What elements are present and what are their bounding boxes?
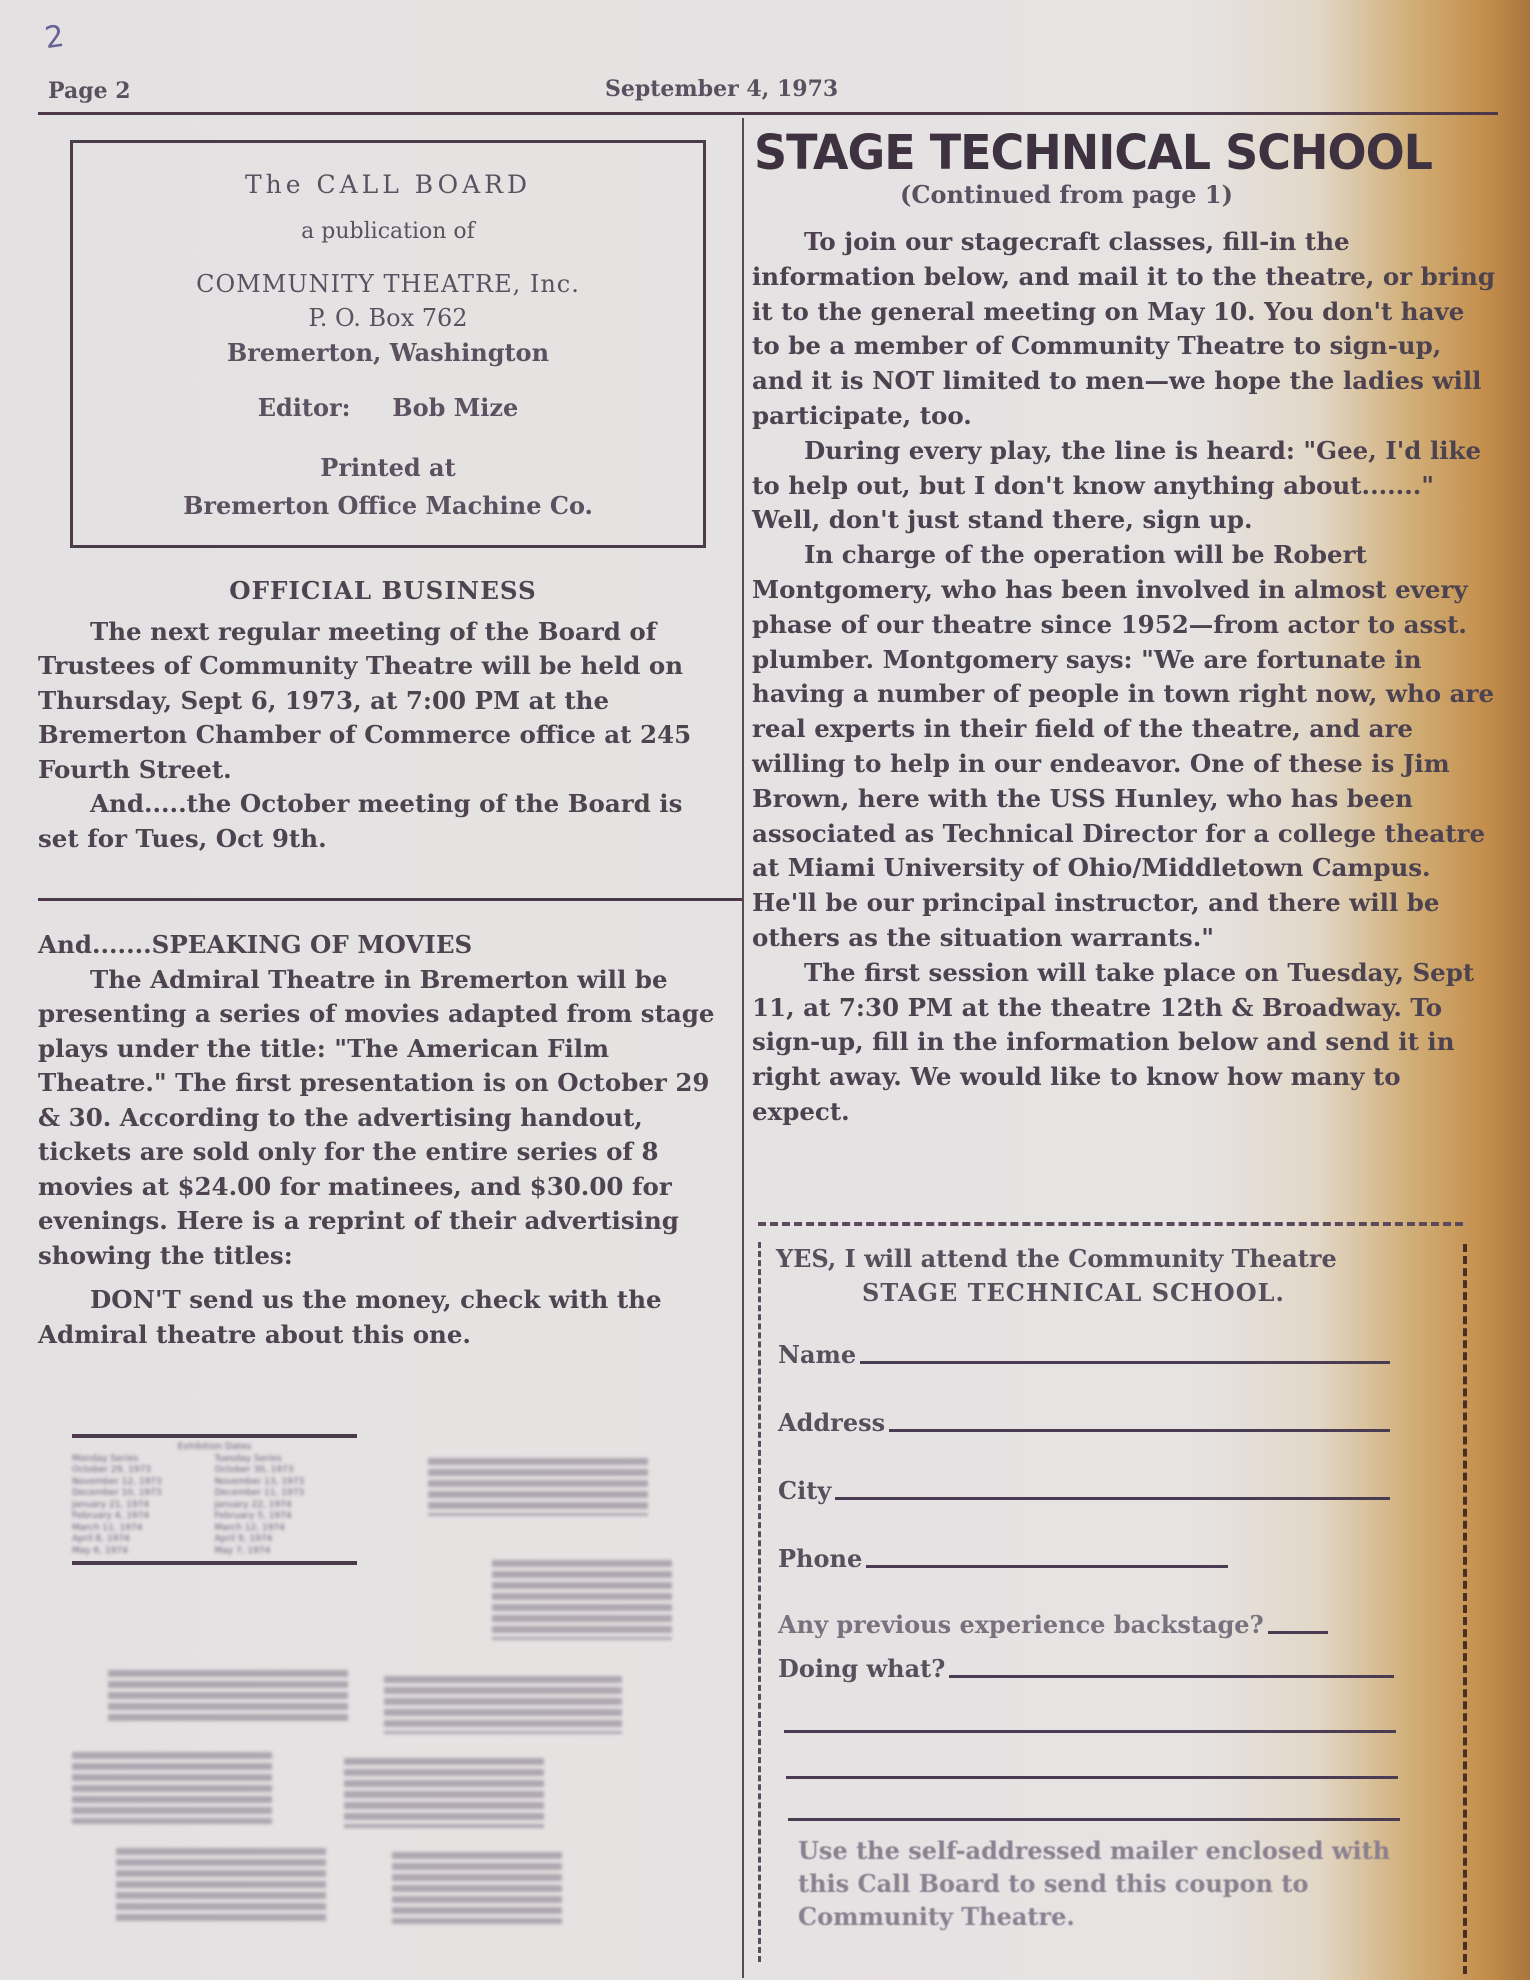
name-field[interactable]: Name bbox=[778, 1340, 1390, 1369]
coupon-line-1: YES, I will attend the Community Theatre bbox=[776, 1244, 1337, 1273]
masthead-editor: Editor: Bob Mize bbox=[73, 393, 703, 422]
masthead-po-box: P. O. Box 762 bbox=[73, 304, 703, 332]
official-business-paragraph: And.....the October meeting of the Board… bbox=[38, 787, 728, 856]
official-business-heading: OFFICIAL BUSINESS bbox=[38, 574, 728, 609]
exhibition-schedule: Exhibition Dates Monday Series October 2… bbox=[72, 1434, 357, 1565]
editor-name: Bob Mize bbox=[392, 393, 518, 422]
printer-name: Bremerton Office Machine Co. bbox=[73, 491, 703, 520]
address-label: Address bbox=[778, 1408, 885, 1437]
stage-school-paragraph: During every play, the line is heard: "G… bbox=[752, 434, 1497, 538]
phone-input-line[interactable] bbox=[866, 1565, 1228, 1568]
doing-what-field[interactable]: Doing what? bbox=[778, 1654, 1394, 1683]
name-label: Name bbox=[778, 1340, 856, 1369]
coupon-footer-note: Use the self-addressed mailer enclosed w… bbox=[798, 1834, 1398, 1933]
experience-input-line[interactable] bbox=[1268, 1631, 1328, 1634]
handwritten-page-mark: 2 bbox=[43, 19, 67, 56]
official-business-section: OFFICIAL BUSINESS The next regular meeti… bbox=[38, 574, 728, 856]
coupon-line-2: STAGE TECHNICAL SCHOOL. bbox=[862, 1278, 1285, 1307]
reprint-blurb bbox=[392, 1852, 562, 1924]
movies-section: And.......SPEAKING OF MOVIES The Admiral… bbox=[38, 928, 738, 1352]
phone-label: Phone bbox=[778, 1544, 862, 1573]
reprint-blurb bbox=[72, 1752, 272, 1824]
column-divider bbox=[742, 118, 744, 1978]
reprint-blurb bbox=[492, 1560, 672, 1640]
schedule-title: Exhibition Dates bbox=[72, 1442, 357, 1454]
issue-date: September 4, 1973 bbox=[605, 76, 838, 102]
header-rule bbox=[38, 112, 1498, 115]
continued-note: (Continued from page 1) bbox=[900, 180, 1233, 209]
stage-school-paragraph: In charge of the operation will be Rober… bbox=[752, 538, 1497, 956]
address-field[interactable]: Address bbox=[778, 1408, 1390, 1437]
reprint-blurb bbox=[428, 1458, 648, 1516]
printed-label: Printed at bbox=[73, 453, 703, 482]
stage-school-heading: STAGE TECHNICAL SCHOOL bbox=[754, 124, 1432, 181]
coupon-cut-line-left bbox=[758, 1242, 761, 1962]
coupon-cut-line-top bbox=[758, 1222, 1463, 1226]
stage-school-body: To join our stagecraft classes, fill-in … bbox=[752, 225, 1497, 1130]
experience-label: Any previous experience backstage? bbox=[778, 1610, 1264, 1639]
name-input-line[interactable] bbox=[860, 1361, 1390, 1364]
masthead-box: The CALL BOARD a publication of COMMUNIT… bbox=[70, 140, 706, 548]
reprint-blurb bbox=[384, 1676, 622, 1734]
movies-heading: And.......SPEAKING OF MOVIES bbox=[38, 928, 738, 963]
reprint-blurb bbox=[344, 1758, 544, 1828]
masthead-org: COMMUNITY THEATRE, Inc. bbox=[73, 270, 703, 298]
masthead-title: The CALL BOARD bbox=[73, 170, 703, 199]
movies-paragraph: The Admiral Theatre in Bremerton will be… bbox=[38, 963, 738, 1274]
city-label: City bbox=[778, 1476, 831, 1505]
page-number: Page 2 bbox=[48, 78, 131, 104]
city-field[interactable]: City bbox=[778, 1476, 1390, 1505]
address-input-line[interactable] bbox=[889, 1429, 1390, 1432]
editor-label: Editor: bbox=[258, 393, 351, 422]
extra-answer-line[interactable] bbox=[788, 1818, 1400, 1821]
section-rule bbox=[38, 898, 742, 901]
official-business-paragraph: The next regular meeting of the Board of… bbox=[38, 615, 728, 788]
reprint-blurb bbox=[108, 1670, 348, 1724]
doing-what-input-line[interactable] bbox=[949, 1675, 1394, 1678]
extra-answer-line[interactable] bbox=[786, 1776, 1398, 1779]
stage-school-paragraph: The first session will take place on Tue… bbox=[752, 956, 1497, 1130]
reprint-blurb bbox=[116, 1848, 326, 1924]
extra-answer-line[interactable] bbox=[784, 1730, 1396, 1733]
masthead-city: Bremerton, Washington bbox=[73, 338, 703, 367]
schedule-bottom-rule bbox=[72, 1561, 357, 1565]
masthead-subtitle: a publication of bbox=[73, 219, 703, 244]
city-input-line[interactable] bbox=[835, 1497, 1390, 1500]
signup-coupon: YES, I will attend the Community Theatre… bbox=[758, 1222, 1463, 1980]
experience-field[interactable]: Any previous experience backstage? bbox=[778, 1610, 1394, 1639]
schedule-column-tuesday: Tuesday Series October 30, 1973 November… bbox=[215, 1454, 358, 1558]
stage-school-paragraph: To join our stagecraft classes, fill-in … bbox=[752, 225, 1497, 434]
phone-field[interactable]: Phone bbox=[778, 1544, 1228, 1573]
schedule-column-monday: Monday Series October 29, 1973 November … bbox=[72, 1454, 215, 1558]
coupon-cut-line-right bbox=[1463, 1244, 1467, 1974]
doing-what-label: Doing what? bbox=[778, 1654, 945, 1683]
movies-paragraph: DON'T send us the money, check with the … bbox=[38, 1283, 738, 1352]
